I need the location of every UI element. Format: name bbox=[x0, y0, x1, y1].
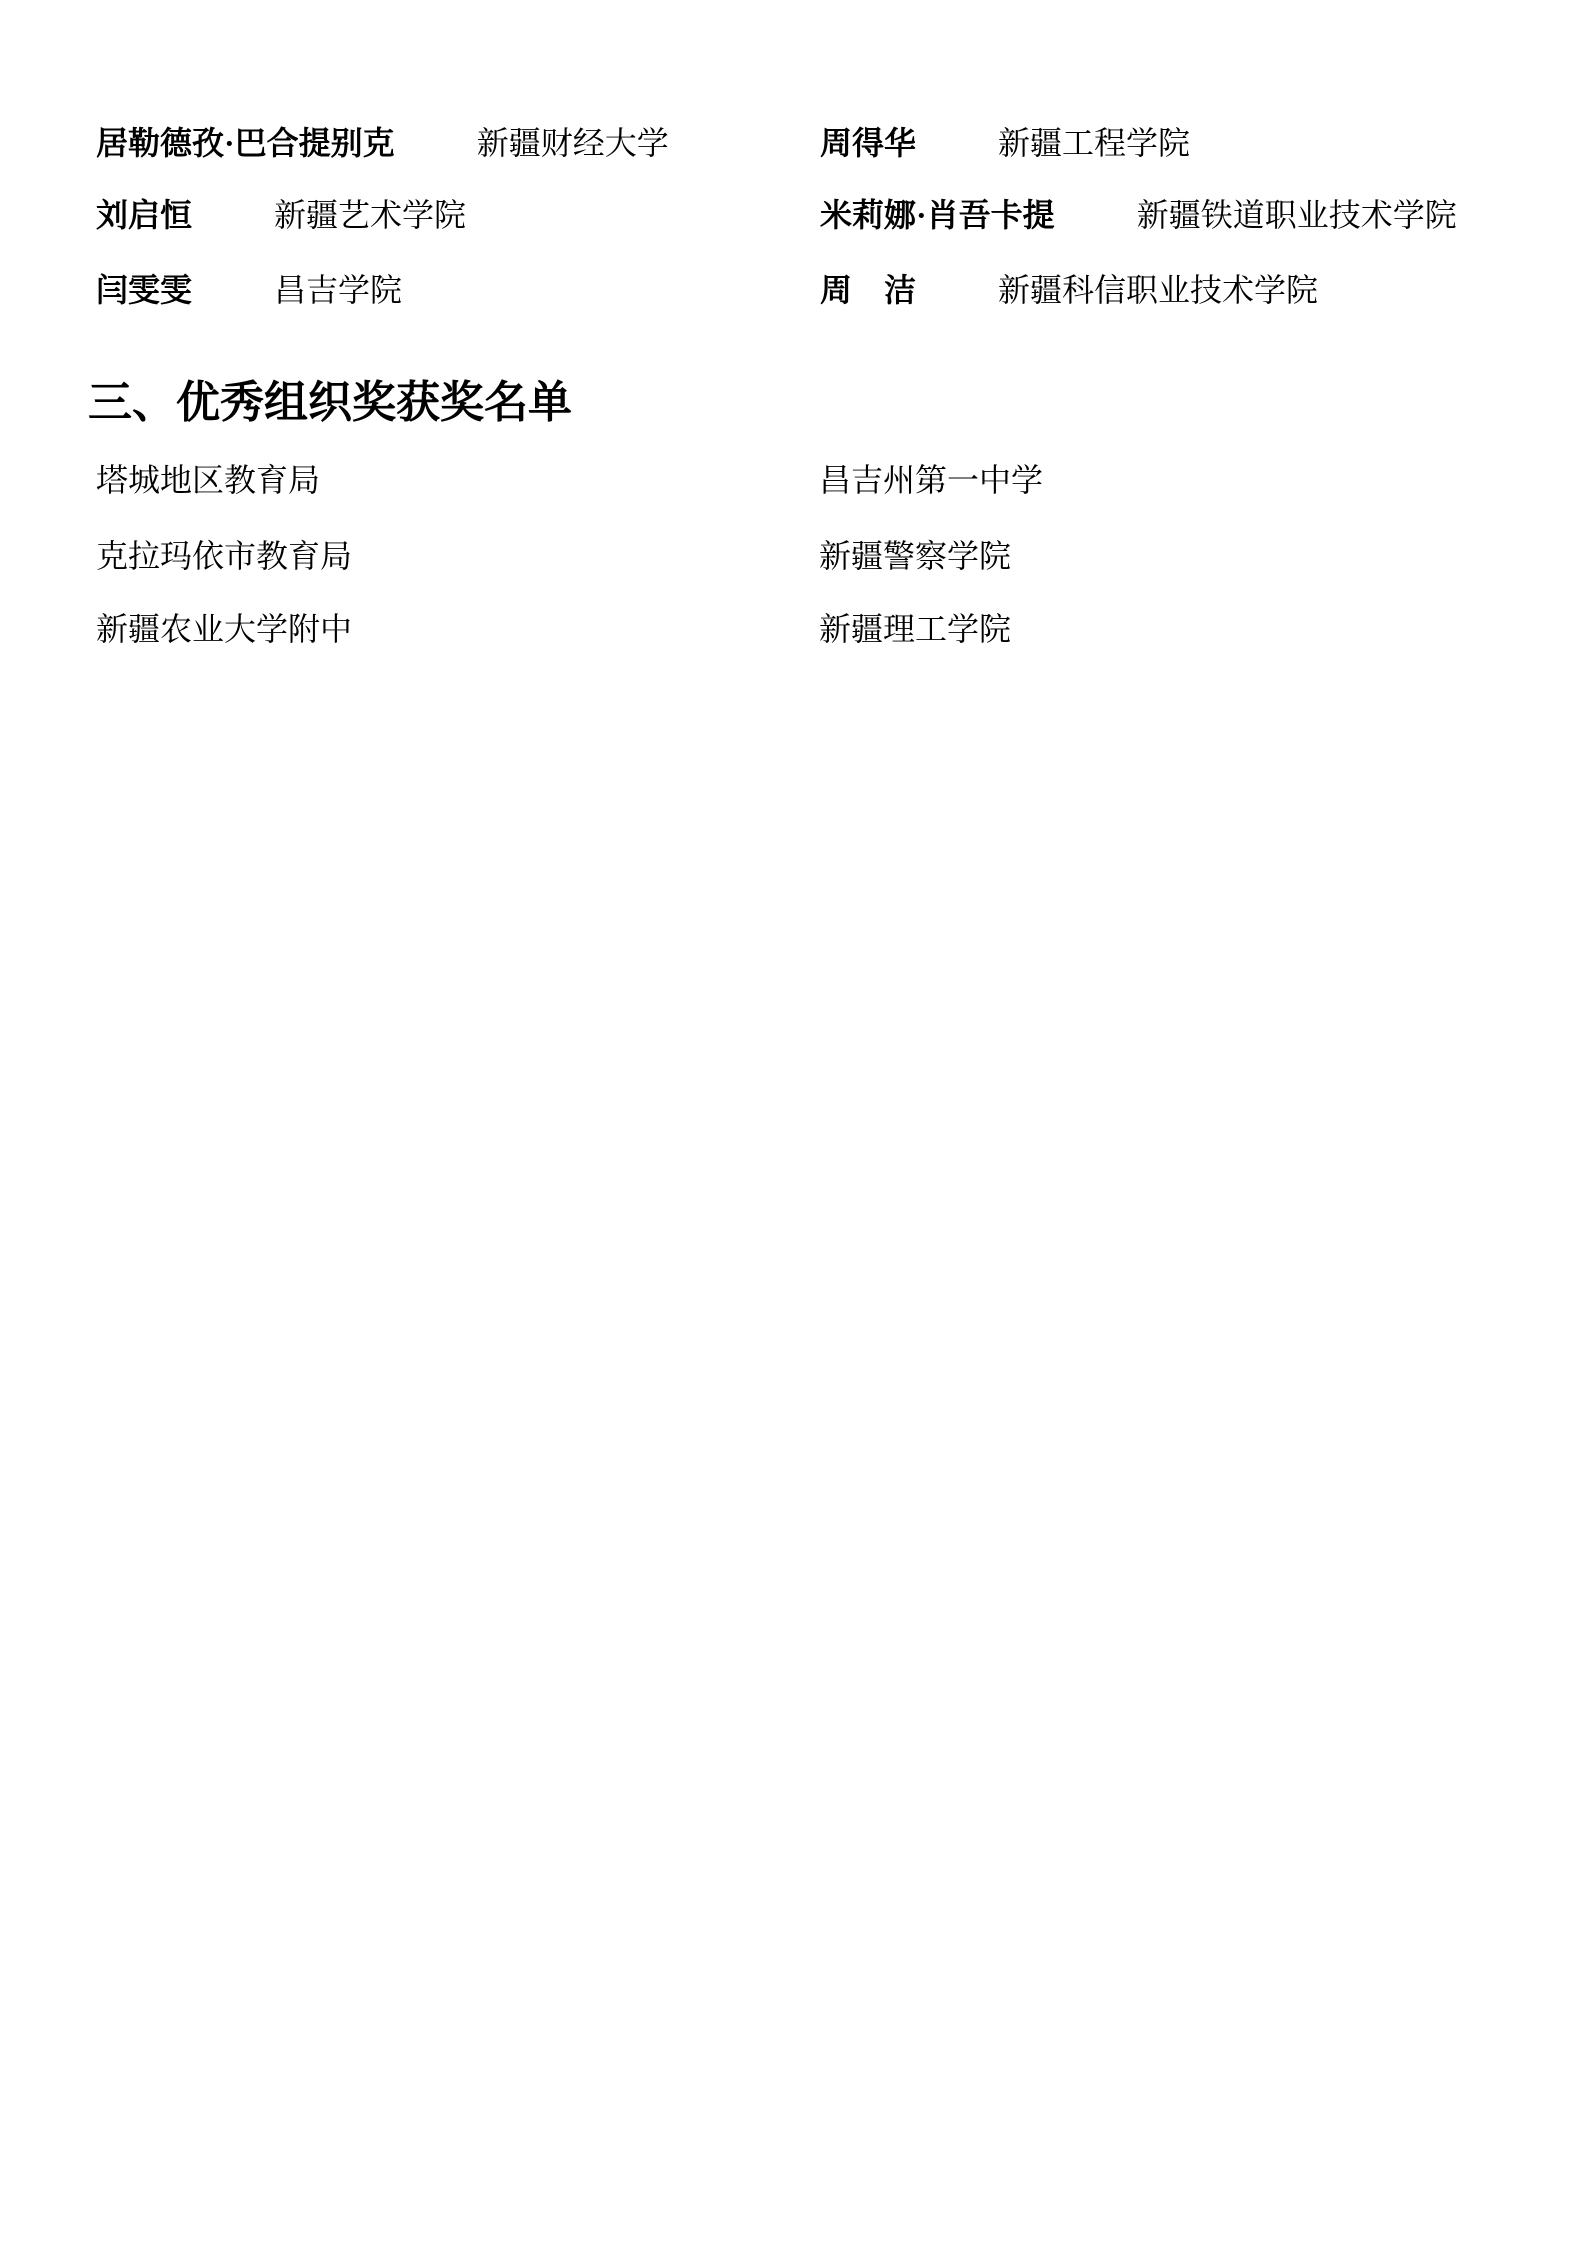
winner-entry: 闫雯雯昌吉学院 bbox=[96, 274, 402, 306]
org-award-item: 新疆农业大学附中 bbox=[96, 613, 352, 645]
winner-organization: 新疆工程学院 bbox=[998, 125, 1190, 161]
org-award-item: 克拉玛依市教育局 bbox=[96, 540, 352, 572]
org-award-item: 新疆警察学院 bbox=[819, 540, 1011, 572]
winner-entry: 周得华新疆工程学院 bbox=[820, 127, 1190, 159]
winner-name: 居勒德孜·巴合提别克 bbox=[96, 125, 395, 161]
winner-entry: 居勒德孜·巴合提别克新疆财经大学 bbox=[96, 127, 669, 159]
section-heading: 三、优秀组织奖获奖名单 bbox=[88, 379, 572, 427]
winner-organization: 昌吉学院 bbox=[274, 272, 402, 308]
winner-name: 刘启恒 bbox=[96, 197, 192, 233]
org-award-item: 塔城地区教育局 bbox=[96, 464, 320, 496]
winner-name: 周 洁 bbox=[820, 272, 916, 308]
winner-entry: 周 洁新疆科信职业技术学院 bbox=[820, 274, 1318, 306]
org-award-item: 新疆理工学院 bbox=[819, 613, 1011, 645]
winner-entry: 刘启恒新疆艺术学院 bbox=[96, 199, 466, 231]
winner-name: 周得华 bbox=[820, 125, 916, 161]
winner-organization: 新疆科信职业技术学院 bbox=[998, 272, 1318, 308]
winner-organization: 新疆财经大学 bbox=[477, 125, 669, 161]
org-award-item: 昌吉州第一中学 bbox=[819, 464, 1043, 496]
winner-organization: 新疆艺术学院 bbox=[274, 197, 466, 233]
winner-entry: 米莉娜·肖吾卡提新疆铁道职业技术学院 bbox=[820, 199, 1457, 231]
winner-organization: 新疆铁道职业技术学院 bbox=[1137, 197, 1457, 233]
document-page: 居勒德孜·巴合提别克新疆财经大学 周得华新疆工程学院 刘启恒新疆艺术学院 米莉娜… bbox=[0, 0, 1587, 2245]
winner-name: 米莉娜·肖吾卡提 bbox=[820, 197, 1055, 233]
winner-name: 闫雯雯 bbox=[96, 272, 192, 308]
